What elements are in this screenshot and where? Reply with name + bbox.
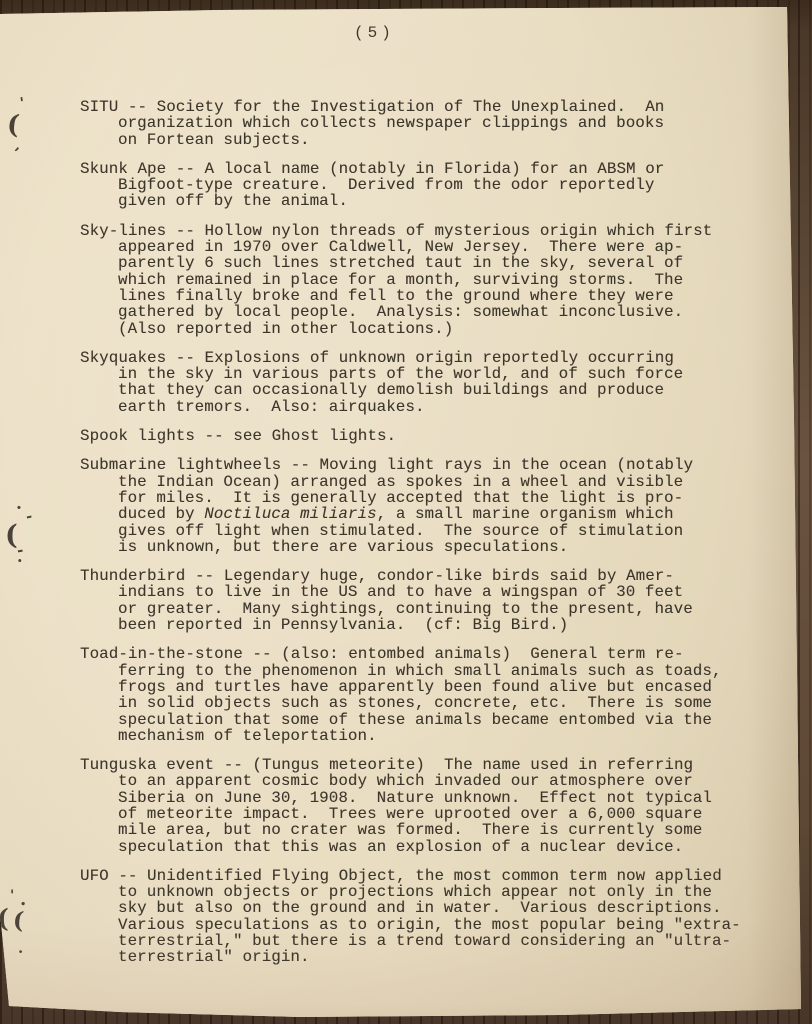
text-line: Toad-in-the-stone -- (also: entombed ani… <box>80 646 784 662</box>
pencil-mark: - <box>24 508 34 524</box>
text-line: speculation that some of these animals b… <box>80 712 784 728</box>
glossary-entry: Tunguska event -- (Tungus meteorite) The… <box>80 757 784 855</box>
text-line: Various speculations as to origin, the m… <box>80 917 784 933</box>
pencil-mark: . <box>18 941 23 956</box>
text-line: in solid objects such as stones, concret… <box>80 695 784 711</box>
text-line: Thunderbird -- Legendary huge, condor-li… <box>80 568 784 584</box>
text-line: UFO -- Unidentified Flying Object, the m… <box>80 868 784 884</box>
text-line: Submarine lightwheels -- Moving light ra… <box>80 457 784 473</box>
glossary-entry: UFO -- Unidentified Flying Object, the m… <box>80 868 784 966</box>
pencil-mark: - <box>16 543 25 559</box>
glossary-entry: Skyquakes -- Explosions of unknown origi… <box>80 350 784 415</box>
glossary-entry: Skunk Ape -- A local name (notably in Fl… <box>80 161 784 210</box>
text-line: terrestrial" origin. <box>80 949 784 965</box>
pencil-mark: ' <box>19 96 26 111</box>
page-number: (5) <box>354 24 395 42</box>
text-line: given off by the animal. <box>80 193 784 209</box>
text-line: Siberia on June 30, 1908. Nature unknown… <box>80 790 784 806</box>
text-line: to an apparent cosmic body which invaded… <box>80 773 784 789</box>
text-line: appeared in 1970 over Caldwell, New Jers… <box>80 239 784 255</box>
text-segment: , a small marine organism which <box>377 505 674 523</box>
text-line: to unknown objects or projections which … <box>80 884 784 900</box>
text-line: gathered by local people. Analysis: some… <box>80 304 784 320</box>
text-line: Spook lights -- see Ghost lights. <box>80 428 784 444</box>
pencil-mark: . <box>17 549 23 565</box>
pencil-mark: ’ <box>11 146 21 162</box>
glossary-entry: Spook lights -- see Ghost lights. <box>80 428 784 444</box>
species-name-italic: Noctiluca miliaris <box>204 505 376 523</box>
text-line: or greater. Many sightings, continuing t… <box>80 601 784 617</box>
glossary-entries: SITU -- Society for the Investigation of… <box>80 99 784 979</box>
glossary-entry: Sky-lines -- Hollow nylon threads of mys… <box>80 223 784 337</box>
text-line: on Fortean subjects. <box>80 132 784 148</box>
glossary-entry: SITU -- Society for the Investigation of… <box>80 99 784 148</box>
text-line: SITU -- Society for the Investigation of… <box>80 99 784 115</box>
text-line: gives off light when stimulated. The sou… <box>80 523 784 539</box>
text-line: which remained in place for a month, sur… <box>80 272 784 288</box>
text-line: mile area, but no crater was formed. The… <box>80 822 784 838</box>
text-line: in the sky in various parts of the world… <box>80 366 784 382</box>
text-line: earth tremors. Also: airquakes. <box>80 399 784 415</box>
text-line: Skunk Ape -- A local name (notably in Fl… <box>80 161 784 177</box>
text-line: frogs and turtles have apparently been f… <box>80 679 784 695</box>
text-line: been reported in Pennsylvania. (cf: Big … <box>80 617 784 633</box>
photo-of-document-on-wood-desk: { "page_number": "(5)", "entries": [ { "… <box>0 0 812 1024</box>
text-line: (Also reported in other locations.) <box>80 321 784 337</box>
pencil-mark: . <box>16 496 22 513</box>
pencil-mark: ( <box>12 909 25 933</box>
pencil-mark: ( <box>6 111 21 138</box>
text-line: duced by Noctiluca miliaris, a small mar… <box>80 506 784 522</box>
pencil-mark: . <box>20 891 26 909</box>
text-line: terrestrial," but there is a trend towar… <box>80 933 784 949</box>
text-line: that they can occasionally demolish buil… <box>80 382 784 398</box>
text-line: lines finally broke and fell to the grou… <box>80 288 784 304</box>
text-line: parently 6 such lines stretched taut in … <box>80 255 784 271</box>
glossary-entry: Toad-in-the-stone -- (also: entombed ani… <box>80 646 784 744</box>
text-line: speculation that this was an explosion o… <box>80 839 784 855</box>
glossary-entry: Thunderbird -- Legendary huge, condor-li… <box>80 568 784 633</box>
text-line: Tunguska event -- (Tungus meteorite) The… <box>80 757 784 773</box>
pencil-mark: ' <box>10 889 14 903</box>
glossary-entry: Submarine lightwheels -- Moving light ra… <box>80 457 784 555</box>
text-line: ferring to the phenomenon in which small… <box>80 663 784 679</box>
text-line: organization which collects newspaper cl… <box>80 115 784 131</box>
text-line: of meteorite impact. Trees were uprooted… <box>80 806 784 822</box>
text-line: Skyquakes -- Explosions of unknown origi… <box>80 350 784 366</box>
text-line: indians to live in the US and to have a … <box>80 584 784 600</box>
text-line: Bigfoot-type creature. Derived from the … <box>80 177 784 193</box>
text-line: is unknown, but there are various specul… <box>80 539 784 555</box>
text-line: for miles. It is generally accepted that… <box>80 490 784 506</box>
text-segment: duced by <box>118 505 204 523</box>
text-line: mechanism of teleportation. <box>80 728 784 744</box>
document-page: (5) SITU -- Society for the Investigatio… <box>0 0 812 1024</box>
text-line: the Indian Ocean) arranged as spokes in … <box>80 474 784 490</box>
pencil-mark: ( <box>0 906 9 931</box>
text-line: sky but also on the ground and in water.… <box>80 900 784 916</box>
pencil-mark: ( <box>5 522 18 549</box>
text-line: Sky-lines -- Hollow nylon threads of mys… <box>80 223 784 239</box>
